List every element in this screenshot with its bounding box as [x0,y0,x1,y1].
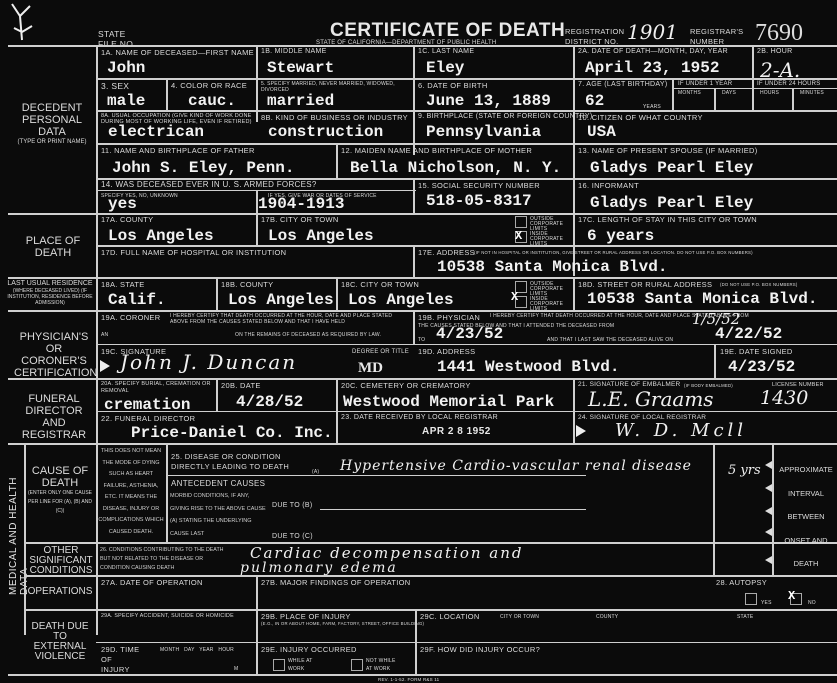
marital-status-value: married [267,92,334,110]
section-funeral: FUNERAL DIRECTOR AND REGISTRAR [14,393,94,441]
f17a-label: 17A. COUNTY [101,215,153,224]
f20c-label: 20C. CEMETERY OR CREMATORY [341,381,471,390]
f29d-m: M [234,666,238,672]
f14-label: 14. WAS DECEASED EVER IN U. S. ARMED FOR… [101,180,317,189]
f23-label: 23. DATE RECEIVED BY LOCAL REGISTRAR [341,414,498,421]
section-external-violence: DEATH DUE TO EXTERNAL VIOLENCE [28,622,92,662]
under-1-year-label: IF UNDER 1 YEAR [678,81,732,87]
interval-marker-icon [765,507,772,515]
section-cause-of-death: CAUSE OF DEATH (ENTER ONLY ONE CAUSE PER… [24,465,96,516]
interval-marker-icon [765,484,772,492]
section-decedent-title: DECEDENT PERSONAL DATA [22,102,83,138]
embalmer-signature: L.E. Graams [588,387,714,411]
res-inside-limits-x: X [511,290,518,304]
hours-label: HOURS [760,90,779,96]
hour-of-death-value: 2-A. [760,58,800,82]
f19b-text3: TO [418,337,425,343]
date-signed-value: 4/23/52 [728,358,795,376]
while-at-work-label: WHILE AT WORK [288,657,318,673]
registrar-signature: W. D. Mcll [615,420,747,441]
f18b-label: 18B. COUNTY [221,280,273,289]
f29e-label: 29E. INJURY OCCURRED [261,645,357,654]
armed-forces-value: yes [108,195,137,213]
section-cause-note: (ENTER ONLY ONE CAUSE PER LINE FOR (A), … [24,489,96,516]
date-of-birth-value: June 13, 1889 [426,92,551,110]
f27a-label: 27A. DATE OF OPERATION [101,578,203,587]
f18d-label: 18D. STREET OR RURAL ADDRESS [578,280,712,289]
f17e-label: 17E. ADDRESS [418,248,475,257]
f17e-note: (IF NOT IN HOSPITAL OR INSTITUTION, GIVE… [474,250,753,255]
physician-signature: John J. Duncan [120,350,297,374]
degree-label: DEGREE OR TITLE [352,349,409,355]
inside-limits-x: X [515,229,522,243]
registrar-number-label: REGISTRAR'S NUMBER [690,27,748,47]
residence-street-value: 10538 Santa Monica Blvd. [587,290,817,308]
attended-to-value: 4/23/52 [436,325,503,343]
contributing-cond-line2: pulmonary edema [240,560,398,576]
middle-name-value: Stewart [267,59,334,77]
f1b-label: 1B. MIDDLE NAME [261,48,327,55]
f19a-label: 19A. CORONER [101,313,160,322]
f13-label: 13. NAME OF PRESENT SPOUSE (IF MARRIED) [578,146,758,155]
registrar-number-value: 7690 [755,20,803,47]
date-received-stamp: APR 2 8 1952 [422,426,491,437]
interval-word-2: INTERVAL [778,482,834,506]
occupation-value: electrican [108,123,204,141]
section-decedent-note: (TYPE OR PRINT NAME) [8,138,96,147]
f9-label: 9. BIRTHPLACE (STATE OR FOREIGN COUNTRY) [418,113,592,120]
disposition-date-value: 4/28/52 [236,393,303,411]
f20a-label: 20A. SPECIFY BURIAL, CREMATION OR REMOVA… [101,381,211,395]
last-seen-value: 4/22/52 [715,325,782,343]
minutes-label: MINUTES [800,90,824,96]
residence-county-value: Los Angeles [228,291,334,309]
res-outside-limits-label: OUTSIDE CORPORATE LIMITS [530,282,562,297]
f29d-cols: MONTH DAY YEAR HOUR [160,647,234,653]
f29d-label: 29D. TIME OF INJURY [101,645,141,675]
due-to-c-label: DUE TO (C) [272,533,313,540]
section-cause-title: CAUSE OF DEATH [32,465,88,489]
f7-label: 7. AGE (LAST BIRTHDAY) [578,81,667,88]
f1c-label: 1C. LAST NAME [418,48,474,55]
f18a-label: 18A. STATE [101,280,145,289]
interval-marker-icon [765,556,772,564]
cemetery-value: Westwood Memorial Park [343,393,554,411]
outside-limits-label: OUTSIDE CORPORATE LIMITS [530,217,562,232]
disposition-value: cremation [104,396,190,414]
sex-value: male [107,92,145,110]
informant-value: Gladys Pearl Eley [590,194,753,212]
length-of-stay-value: 6 years [587,227,654,245]
f29c-label: 29C. LOCATION [420,612,480,621]
autopsy-yes-label: YES [761,600,772,606]
section-operations: OPERATIONS [24,586,96,598]
citizenship-value: USA [587,123,616,141]
age-value: 62 [585,92,604,110]
f18c-label: 18C. CITY OR TOWN [341,280,419,289]
page-title: CERTIFICATE OF DEATH [330,20,565,42]
due-to-b-label: DUE TO (B) [272,502,312,509]
f20b-label: 20B. DATE [221,381,261,390]
f3-label: 3. SEX [101,81,129,91]
f29c-city: CITY OR TOWN [500,614,539,620]
f28-label: 28. AUTOPSY [716,578,767,587]
f29c-state: STATE [737,614,753,620]
age-unit-label: YEARS [643,104,661,110]
f1a-label: 1A. NAME OF DECEASED—FIRST NAME [101,48,254,57]
residence-city-value: Los Angeles [348,291,454,309]
last-name-value: Eley [426,59,464,77]
months-label: MONTHS [678,90,701,96]
f27b-label: 27B. MAJOR FINDINGS OF OPERATION [261,578,410,587]
not-while-at-work-label: NOT WHILE AT WORK [366,657,400,673]
f17b-label: 17B. CITY OR TOWN [261,215,339,224]
f19a-text1: I HEREBY CERTIFY THAT DEATH OCCURRED AT … [170,313,408,325]
autopsy-no-label: NO [808,600,816,606]
f29a-label: 29A. SPECIFY ACCIDENT, SUICIDE OR HOMICI… [101,613,234,619]
f12-label: 12. MAIDEN NAME AND BIRTHPLACE OF MOTHER [341,146,532,155]
death-city-value: Los Angeles [268,227,374,245]
f11-label: 11. NAME AND BIRTHPLACE OF FATHER [101,146,255,155]
antecedent-label: ANTECEDENT CAUSES [171,479,265,488]
autopsy-no-x: X [788,589,795,603]
f17c-label: 17C. LENGTH OF STAY IN THIS CITY OR TOWN [578,215,757,224]
signature-arrow-icon [100,360,110,372]
antecedent-note: MORBID CONDITIONS, IF ANY, GIVING RISE T… [170,490,268,540]
interval-column: APPROXIMATE INTERVAL BETWEEN ONSET AND D… [778,458,834,576]
primary-cause-value: Hypertensive Cardio-vascular renal disea… [340,458,692,474]
date-of-death-value: April 23, 1952 [585,59,719,77]
ssn-value: 518-05-8317 [426,192,532,210]
residence-state-value: Calif. [108,291,166,309]
corner-scribble-icon [8,2,38,42]
days-label: DAYS [722,90,736,96]
interval-a-value: 5 yrs [728,463,761,478]
service-dates-value: 1904-1913 [258,195,344,213]
interval-marker-icon [765,528,772,536]
f19a-text3: ON THE REMAINS OF DECEASED AS REQUIRED B… [235,332,381,338]
f22-label: 22. FUNERAL DIRECTOR [101,414,195,423]
spouse-value: Gladys Pearl Eley [590,159,753,177]
not-while-at-work-checkbox[interactable] [351,659,363,671]
interval-word-3: BETWEEN [778,505,834,529]
f19e-label: 19E. DATE SIGNED [720,347,793,356]
f19b-text4: AND THAT I LAST SAW THE DECEASED ALIVE O… [547,337,673,343]
registration-district-value: 1901 [627,20,678,44]
interval-word-5: DEATH [778,552,834,576]
f26-label: 26. CONDITIONS CONTRIBUTING TO THE DEATH… [100,546,230,573]
first-name-value: John [107,59,145,77]
section-physician: PHYSICIAN'S OR CORONER'S CERTIFICATION [14,331,94,379]
form-revision: REV. 1-1-52. FORM R&S 11 [378,677,439,682]
section-decedent: DECEDENT PERSONAL DATA (TYPE OR PRINT NA… [8,102,96,147]
section-other-conditions: OTHER SIGNIFICANT CONDITIONS [28,546,94,576]
res-inside-limits-label: INSIDE CORPORATE LIMITS [530,297,562,312]
while-at-work-checkbox[interactable] [273,659,285,671]
f19b-label: 19B. PHYSICIAN [418,313,480,322]
f2a-label: 2A. DATE OF DEATH—MONTH, DAY, YEAR [578,48,728,55]
license-number-value: 1430 [760,387,808,409]
mother-value: Bella Nicholson, N. Y. [350,159,561,177]
f8b-label: 8B. KIND OF BUSINESS OR INDUSTRY [261,113,408,122]
section-place-of-death: PLACE OF DEATH [20,235,86,259]
race-value: cauc. [188,92,236,110]
f29c-county: COUNTY [596,614,618,620]
f19a-text2: AN [101,332,108,338]
physician-address-value: 1441 Westwood Blvd. [437,358,619,376]
section-residence-note: (WHERE DECEASED LIVED) (IF INSTITUTION, … [4,288,96,306]
inside-limits-label: INSIDE CORPORATE LIMITS [530,232,562,247]
autopsy-yes-checkbox[interactable] [745,593,757,605]
business-value: construction [268,123,383,141]
f29b-note: (E.G., IN OR ABOUT HOME, FARM, FACTORY, … [261,621,424,626]
registration-district-label: REGISTRATION DISTRICT No. [565,27,627,47]
f29f-label: 29F. HOW DID INJURY OCCUR? [420,645,540,654]
f19d-label: 19D. ADDRESS [418,347,475,356]
f18d-note: (DO NOT USE P.O. BOX NUMBERS) [720,282,798,287]
interval-word-1: APPROXIMATE [778,458,834,482]
interval-marker-icon [765,461,772,469]
death-county-value: Los Angeles [108,227,214,245]
f17d-label: 17D. FULL NAME OF HOSPITAL OR INSTITUTIO… [101,248,286,257]
degree-value: MD [358,360,383,377]
f25-label: 25. DISEASE OR CONDITION DIRECTLY LEADIN… [171,452,321,472]
registrar-arrow-icon [576,425,586,437]
cause-mode-note: THIS DOES NOT MEAN THE MODE OF DYING SUC… [97,446,165,538]
section-residence: LAST USUAL RESIDENCE (WHERE DECEASED LIV… [4,280,96,306]
f4-label: 4. COLOR OR RACE [171,81,247,90]
f2b-label: 2B. HOUR [757,48,792,55]
f16-label: 16. INFORMANT [578,181,639,190]
death-address-value: 10538 Santa Monica Blvd. [437,258,667,276]
section-residence-title: LAST USUAL RESIDENCE [7,280,92,287]
f10-label: 10. CITIZEN OF WHAT COUNTRY [578,113,703,122]
f29b-label: 29B. PLACE OF INJURY [261,612,351,621]
f25-a-label: (A) [312,469,319,475]
father-value: John S. Eley, Penn. [112,159,294,177]
funeral-director-value: Price-Daniel Co. Inc. [131,424,333,442]
outside-limits-checkbox[interactable] [515,216,527,228]
f6-label: 6. DATE OF BIRTH [418,81,488,90]
interval-word-4: ONSET AND [778,529,834,553]
birthplace-value: Pennsylvania [426,123,541,141]
under-24-hours-label: IF UNDER 24 HOURS [757,81,820,87]
f15-label: 15. SOCIAL SECURITY NUMBER [418,181,540,190]
